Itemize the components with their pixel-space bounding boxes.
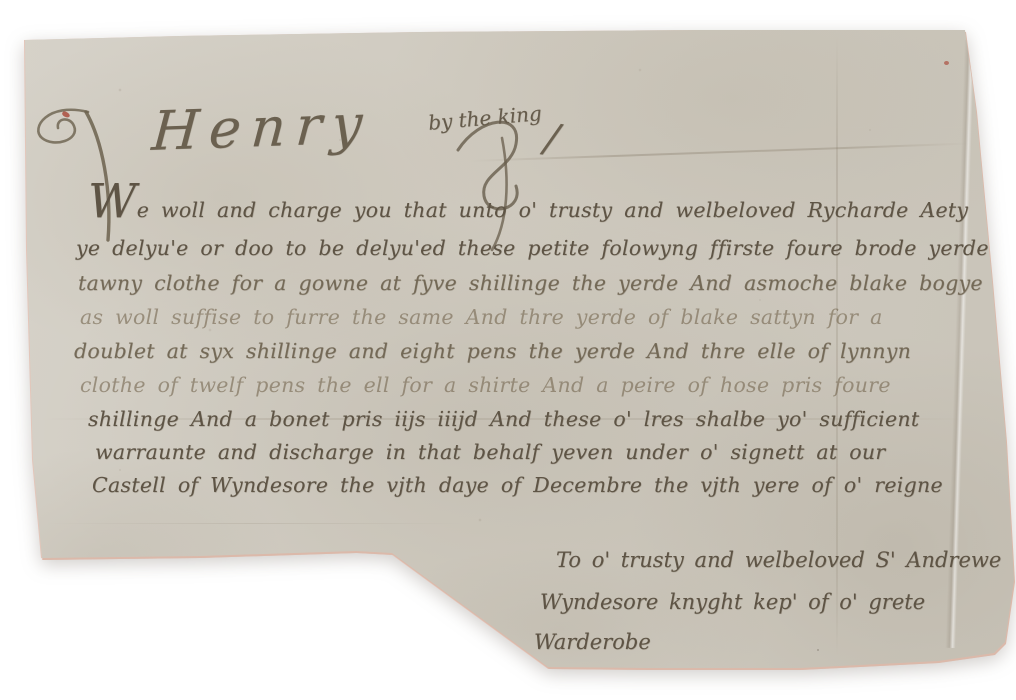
photo-background: Henry by the king / We woll and charge y…	[0, 0, 1016, 700]
manuscript-line: We woll and charge you that unto o' trus…	[88, 198, 968, 222]
manuscript-line: ye delyu'e or doo to be delyu'ed these p…	[76, 236, 1016, 260]
red-ink-speck	[944, 61, 949, 65]
address-line: To o' trusty and welbeloved S' Andrewe	[556, 548, 1001, 572]
fold-crease	[45, 523, 465, 524]
manuscript-line: clothe of twelf pens the ell for a shirt…	[80, 373, 891, 397]
manuscript-line: shillinge And a bonet pris iijs iiijd An…	[88, 407, 919, 431]
manuscript-line: as woll suffise to furre the same And th…	[80, 305, 883, 329]
manuscript-line: warraunte and discharge in that behalf y…	[95, 440, 886, 464]
royal-signature: Henry	[150, 92, 374, 163]
address-line: Wyndesore knyght kep' of o' grete	[540, 590, 925, 614]
manuscript-line: tawny clothe for a gowne at fyve shillin…	[78, 271, 983, 295]
parchment-document: Henry by the king / We woll and charge y…	[0, 0, 1016, 700]
manuscript-line: Castell of Wyndesore the vjth daye of De…	[92, 473, 943, 497]
manuscript-line: doublet at syx shillinge and eight pens …	[74, 339, 911, 363]
address-line: Warderobe	[534, 630, 651, 654]
